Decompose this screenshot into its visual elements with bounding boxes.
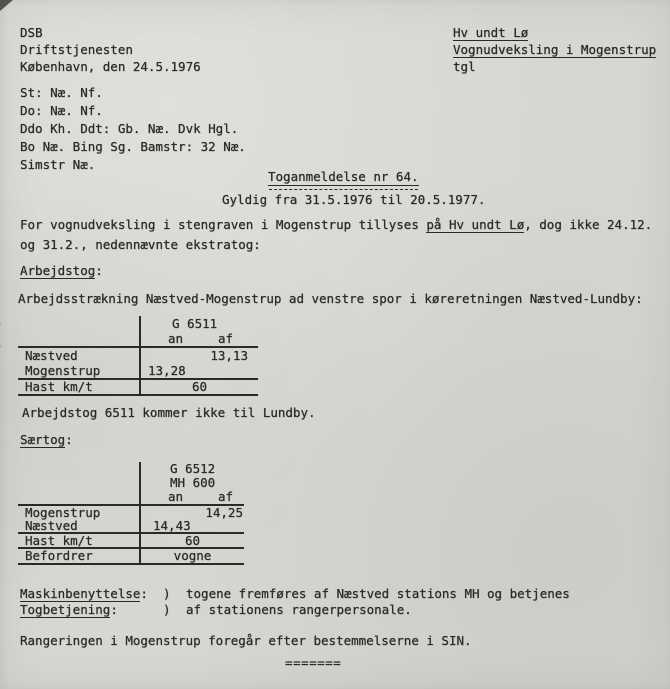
table-row-conveys: Befordrer vogne: [18, 549, 244, 565]
crew-note-text: togene fremføres af Næstved stations MH …: [186, 586, 570, 602]
subject-topic: Vognudveksling i Mogenstrup: [453, 42, 656, 58]
document-title-wrap: Toganmeldelse nr 64.: [268, 169, 419, 186]
brace-glyph: ): [163, 602, 186, 618]
end-mark: =======: [285, 654, 341, 672]
sender-block: DSB Driftstjenesten København, den 24.5.…: [20, 24, 201, 75]
distribution-line: Bo Næ. Bing Sg. Bamstr: 32 Næ.: [20, 138, 246, 156]
intro-line-2: og 31.2., nedennævnte ekstratog:: [20, 235, 652, 255]
table-row-speed: Hast km/t 60: [18, 534, 244, 549]
heading-word: Arbejdstog: [20, 263, 95, 279]
subject-initials: tgl: [453, 58, 656, 75]
time-an: 13,28: [141, 363, 200, 378]
document-title: Toganmeldelse nr 64.: [268, 169, 419, 186]
distribution-list: St: Næ. Nf. Do: Næ. Nf. Ddo Kh. Ddt: Gb.…: [20, 84, 246, 174]
speed-value: 60: [139, 534, 244, 547]
label-word: Maskinbenyttelse: [20, 586, 140, 602]
scanned-document-page: DSB Driftstjenesten København, den 24.5.…: [0, 0, 670, 689]
station-name: Mogenstrup: [18, 363, 139, 378]
train-number: G 6511: [139, 316, 258, 331]
col-header-an: an: [168, 331, 183, 346]
col-header-an: an: [168, 490, 183, 504]
table-row-columns: anaf: [18, 331, 258, 348]
heading-word: Særtog: [20, 432, 65, 448]
distribution-line: Simstr Næ.: [20, 156, 246, 174]
sender-org: DSB: [20, 24, 201, 41]
time-an: 14,43: [141, 519, 193, 532]
intro-line-1: For vognudveksling i stengraven i Mogens…: [20, 215, 652, 235]
conveys-value: vogne: [139, 549, 244, 563]
crew-note-label: Togbetjening:: [20, 602, 163, 618]
timetable-train-6512: G 6512 MH 600 anaf Mogenstrup 14,25 Næst…: [18, 462, 244, 565]
table-row-columns: anaf: [18, 490, 244, 506]
intro-paragraph: For vognudveksling i stengraven i Mogens…: [20, 215, 652, 255]
label-colon: :: [140, 586, 148, 601]
speed-value: 60: [139, 380, 258, 394]
station-name: Næstved: [18, 519, 139, 532]
distribution-line: Do: Næ. Nf.: [20, 102, 246, 120]
worktrain-route: Arbejdsstrækning Næstved-Mogenstrup ad v…: [18, 290, 643, 308]
validity-period: Gyldig fra 31.5.1976 til 20.5.1977.: [222, 191, 485, 209]
section-heading-arbejdstog: Arbejdstog:: [20, 262, 103, 280]
section-heading-saertog: Særtog:: [20, 431, 73, 449]
label-word: Togbetjening: [20, 602, 110, 618]
intro-text-before: For vognudveksling i stengraven i Mogens…: [20, 217, 426, 232]
col-header-af: af: [218, 490, 233, 504]
table-row-speed: Hast km/t 60: [18, 380, 258, 396]
time-af: 14,25: [193, 506, 245, 519]
col-header-af: af: [218, 331, 233, 346]
speed-label: Hast km/t: [18, 380, 139, 394]
station-name: Næstved: [18, 348, 139, 363]
crew-note-row-1: Maskinbenyttelse: ) togene fremføres af …: [20, 586, 570, 602]
time-af: 13,13: [200, 348, 259, 363]
table-row: Næstved 14,43: [18, 519, 244, 534]
table-row-train: G 6511: [18, 316, 258, 331]
heading-colon: :: [65, 432, 73, 447]
worktrain-note: Arbejdstog 6511 kommer ikke til Lundby.: [22, 404, 316, 422]
crew-note-text: af stationens rangerpersonale.: [186, 602, 412, 618]
subject-route: Hv undt Lø: [453, 25, 528, 41]
scan-artifact-smudge: [0, 322, 8, 348]
subject-line-1: Hv undt Lø: [453, 24, 656, 41]
crew-notes-block: Maskinbenyttelse: ) togene fremføres af …: [20, 586, 570, 617]
train-number-1: G 6512: [139, 462, 244, 476]
distribution-line: St: Næ. Nf.: [20, 84, 246, 102]
table-row: Mogenstrup 13,28: [18, 363, 258, 380]
conveys-label: Befordrer: [18, 549, 139, 563]
heading-colon: :: [95, 263, 103, 278]
table-row: Næstved 13,13: [18, 348, 258, 363]
sender-place-date: København, den 24.5.1976: [20, 58, 201, 75]
crew-note-row-2: Togbetjening: ) af stationens rangerpers…: [20, 602, 570, 618]
subject-line-2: Vognudveksling i Mogenstrup: [453, 41, 656, 58]
timetable-train-6511: G 6511 anaf Næstved 13,13 Mogenstrup 13,…: [18, 316, 258, 396]
table-row-train: MH 600: [18, 476, 244, 490]
brace-glyph: ): [163, 586, 186, 602]
intro-text-after: , dog ikke 24.12.: [524, 217, 652, 232]
sender-department: Driftstjenesten: [20, 41, 201, 58]
time-an: [141, 348, 200, 363]
speed-label: Hast km/t: [18, 534, 139, 547]
table-row-train: G 6512: [18, 462, 244, 476]
scan-artifact-corner: [0, 0, 13, 11]
time-af: [200, 363, 259, 378]
crew-note-label: Maskinbenyttelse:: [20, 586, 163, 602]
time-af: [193, 519, 245, 532]
closing-sentence: Rangeringen i Mogenstrup foregår efter b…: [20, 632, 472, 650]
intro-text-underlined: på Hv undt Lø: [426, 217, 524, 233]
label-colon: :: [110, 602, 118, 617]
train-number-2: MH 600: [139, 476, 244, 490]
subject-block: Hv undt Lø Vognudveksling i Mogenstrup t…: [453, 24, 656, 75]
distribution-line: Ddo Kh. Ddt: Gb. Næ. Dvk Hgl.: [20, 120, 246, 138]
